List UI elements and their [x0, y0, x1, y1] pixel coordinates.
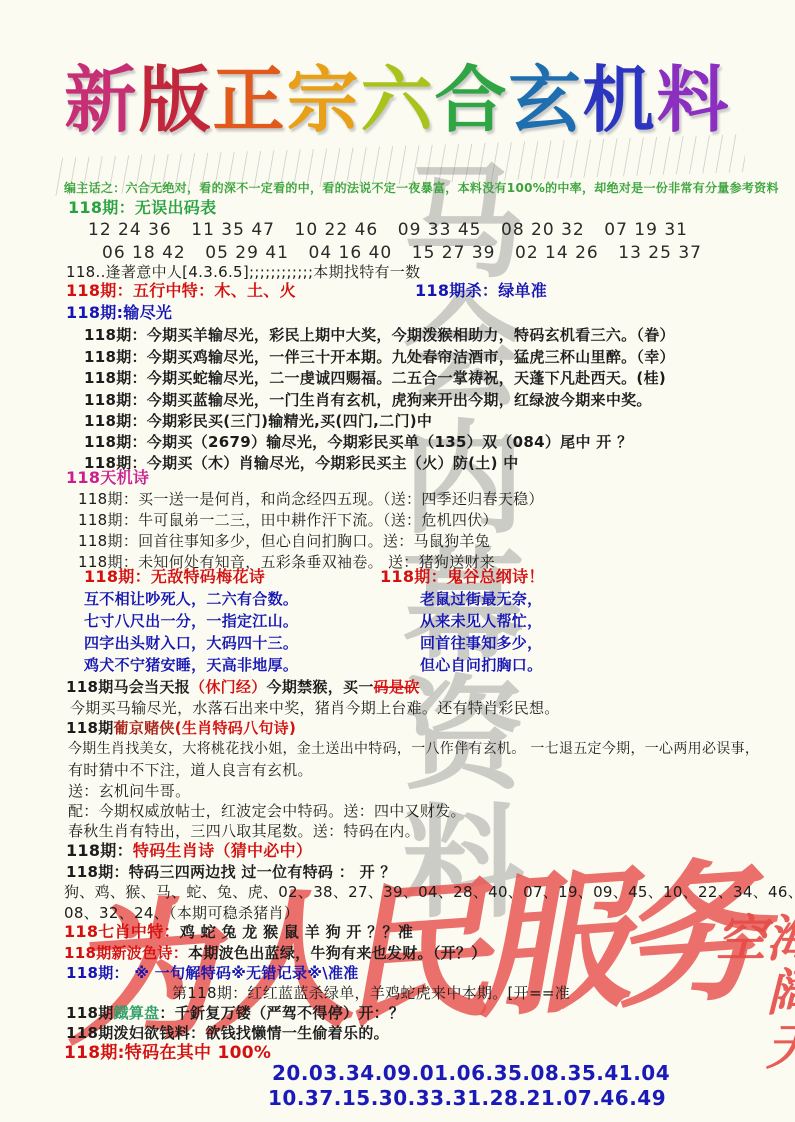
mahui-line: 118期马会当天报（休门经）今期禁猴，买一码是砍	[66, 677, 420, 697]
mahui-mid: 今期禁猴，买一	[267, 678, 374, 696]
pujing-prefix: 118期	[66, 719, 114, 737]
code-group: 13 25 37	[618, 243, 702, 263]
code-group: 07 19 31	[604, 220, 688, 240]
code-table-footer: 118..逢著意中人[4.3.6.5];;;;;;;;;;;;本期找特有一数	[66, 262, 420, 282]
yijie-line-2: 第118期：红红蓝蓝杀绿单，羊鸡蛇虎来中本期。[开==准	[172, 983, 570, 1003]
code-group: 15 27 39	[412, 243, 496, 263]
title-char: 玄	[509, 58, 583, 142]
tiesuanpan-text: ：千釿复万镂（严驾不得停）开：？	[159, 1004, 404, 1022]
pujing-line: 今期生肖找美女，大将桃花找小姐，金土送出中特码，一八作伴有玄机。 一七退五定今期…	[68, 739, 759, 759]
pofu-name: 泼妇欲钱料	[114, 1024, 191, 1042]
code-group: 09 33 45	[398, 220, 482, 240]
meihua-line: 七寸八尺出一分，一指定江山。	[84, 611, 298, 631]
code-group: 02 14 26	[515, 243, 599, 263]
shujinguang-line: 118期：今期买（2679）输尽光，今期彩民买单（135）双（084）尾中 开 …	[84, 432, 632, 452]
pujing-suffix: (生肖特码八句诗)	[175, 719, 296, 737]
editor-note: 编主话之：六合无绝对，看的深不一定看的中，看的法说不定一夜暴富，本料没有100%…	[64, 178, 779, 198]
code-group: 04 16 40	[309, 243, 393, 263]
tianjishi-line: 118期：牛可鼠弟一二三，田中耕作汗下流。（送：危机四伏）	[78, 510, 498, 530]
kill-green-single-line: 118期杀：绿单准	[415, 281, 547, 301]
code-group: 11 35 47	[191, 220, 275, 240]
texiao-header-title: 特码生肖诗（猜中必中）	[133, 841, 312, 860]
guigu-line: 回首往事知多少，	[420, 633, 542, 653]
code-group: 05 29 41	[205, 243, 289, 263]
final-numbers-2: 10.37.15.30.33.31.28.21.07.46.49	[268, 1088, 666, 1108]
pujing-line: 配：今期权威放帖士，红波定会中特码。送：四中又财发。	[68, 801, 466, 821]
pujing-line: 送：玄机问牛哥。	[68, 781, 190, 801]
shujinguang-line: 118期：今期彩民买(三门)输精光,买(四门,二门)中	[84, 411, 432, 431]
pujing-header: 118期葡京赌侠(生肖特码八句诗)	[66, 718, 296, 738]
code-group: 08 20 32	[501, 220, 585, 240]
mahui-scribble: 码是砍	[374, 678, 420, 696]
boshi-header: 118期新波色诗：	[64, 944, 188, 962]
tiesuanpan-name: 鐡算盘	[114, 1004, 160, 1022]
guigu-line: 但心自问扪胸口。	[420, 655, 542, 675]
title-char: 六	[360, 58, 434, 142]
texiao-line: 118期：特码三四两边找 过一位有特码 ： 开 ？	[66, 862, 396, 882]
title-char: 正	[212, 58, 286, 142]
mahui-bracket: （休门经）	[190, 678, 267, 696]
pujing-line: 有时猜中不下注，道人良言有玄机。	[68, 760, 313, 780]
mahui-prefix: 118期马会当天报	[66, 678, 190, 696]
pujing-name: 葡京赌侠	[114, 719, 175, 737]
guigu-header: 118期：鬼谷总纲诗！	[380, 567, 545, 587]
red-side-watermark: 海阔天空	[712, 912, 795, 1122]
title-char: 料	[657, 58, 731, 142]
shujinguang-line: 118期：今期买蓝输尽光，一门生肖有玄机，虎狗来开出今期，红绿波今期来中奖。	[84, 390, 652, 410]
tiesuanpan-prefix: 118期	[66, 1004, 114, 1022]
meihua-line: 鸡犬不宁猪安睡，天高非地厚。	[84, 655, 298, 675]
shujinguang-header: 118期:输尽光	[66, 303, 172, 323]
qixiao-line: 118七肖中特：鸡 蛇 兔 龙 猴 鼠 羊 狗 开 ？？准	[64, 922, 413, 942]
code-table-row-2: 06 18 42 05 29 41 04 16 40 15 27 39 02 1…	[102, 243, 702, 263]
five-elements-line: 118期：五行中特：木、土、火	[66, 281, 296, 301]
guigu-line: 老鼠过街最无奈，	[420, 589, 542, 609]
meihua-header: 118期：无敌特码梅花诗	[84, 567, 265, 587]
code-table-header: 118期：无误出码表	[68, 198, 216, 218]
tiesuanpan-line: 118期鐡算盘：千釿复万镂（严驾不得停）开：？	[66, 1003, 404, 1023]
texiao-numbers-1: 狗、鸡、猴、马、蛇、兔、虎、02、38、27、39、04、28、40、07、19…	[64, 882, 795, 902]
final-numbers-1: 20.03.34.09.01.06.35.08.35.41.04	[272, 1063, 670, 1083]
title-char: 新	[64, 58, 138, 142]
pofu-prefix: 118期	[66, 1024, 114, 1042]
title-char: 版	[138, 58, 212, 142]
page-title: 新版正宗六合玄机料	[0, 42, 795, 146]
texiao-header: 118期：特码生肖诗（猜中必中）	[66, 841, 312, 861]
shujinguang-line: 118期：今期买蛇输尽光，二一虔诚四赐福。二五合一掌祷祝，天蓬下凡赴西天。(桂)	[84, 368, 666, 388]
code-group: 12 24 36	[88, 220, 172, 240]
final-header: 118期:特码在其中 100%	[64, 1043, 271, 1063]
shujinguang-line: 118期：今期买羊输尽光，彩民上期中大奖，今期泼猴相助力，特码玄机看三六。（眷）	[84, 325, 675, 345]
mahui-line-2: 今期买马输尽光，水落石出来中奖，猪肖今期上台难。还有特肖彩民想。	[70, 698, 560, 718]
boshi-text: 本期波色出蓝绿，牛狗有来也发财。（开？）	[188, 944, 487, 962]
texiao-header-prefix: 118期：	[66, 841, 133, 860]
shujinguang-line: 118期：今期买鸡输尽光，一伴三十开本期。九处春帘洁酒市，猛虎三杯山里醉。（幸）	[84, 347, 675, 367]
pofu-line: 118期泼妇欲钱料：欲钱找懒情一生偷着乐的。	[66, 1023, 389, 1043]
pujing-line: 春秋生肖有特出，三四八取其尾数。送：特码在内。	[68, 821, 420, 841]
texiao-numbers-2: 08、32、24、（本期可稳杀猪肖）	[64, 903, 299, 923]
qixiao-header: 118七肖中特：	[64, 922, 180, 941]
code-group: 10 22 46	[295, 220, 379, 240]
tip-sheet-page: 马会内幕资料 为人民服务 海阔天空 新版正宗六合玄机料 编主话之：六合无绝对，看…	[0, 0, 795, 1122]
title-char: 宗	[286, 58, 360, 142]
meihua-line: 互不相让吵死人，二六有合数。	[84, 589, 298, 609]
title-char: 合	[435, 58, 509, 142]
guigu-line: 从来未见人帮忙，	[420, 611, 542, 631]
pofu-text: ：欲钱找懒情一生偷着乐的。	[190, 1024, 389, 1042]
boshi-line: 118期新波色诗：本期波色出蓝绿，牛狗有来也发财。（开？）	[64, 943, 487, 963]
meihua-line: 四字出头财入口，大码四十三。	[84, 633, 298, 653]
tianjishi-line: 118期：回首往事知多少，但心自问扪胸口。送：马鼠狗羊兔	[78, 531, 490, 551]
qixiao-text: 鸡 蛇 兔 龙 猴 鼠 羊 狗 开 ？？准	[180, 923, 413, 941]
title-char: 机	[583, 58, 657, 142]
yijie-line-1: 118期： ※ 一句解特码※无错记录※\准准	[66, 963, 359, 983]
tianjishi-line: 118期：买一送一是何肖，和尚念经四五现。（送：四季还归春天稳）	[78, 489, 544, 509]
code-table-row-1: 12 24 36 11 35 47 10 22 46 09 33 45 08 2…	[88, 220, 688, 240]
tianjishi-header: 118天机诗	[66, 468, 149, 488]
code-group: 06 18 42	[102, 243, 186, 263]
